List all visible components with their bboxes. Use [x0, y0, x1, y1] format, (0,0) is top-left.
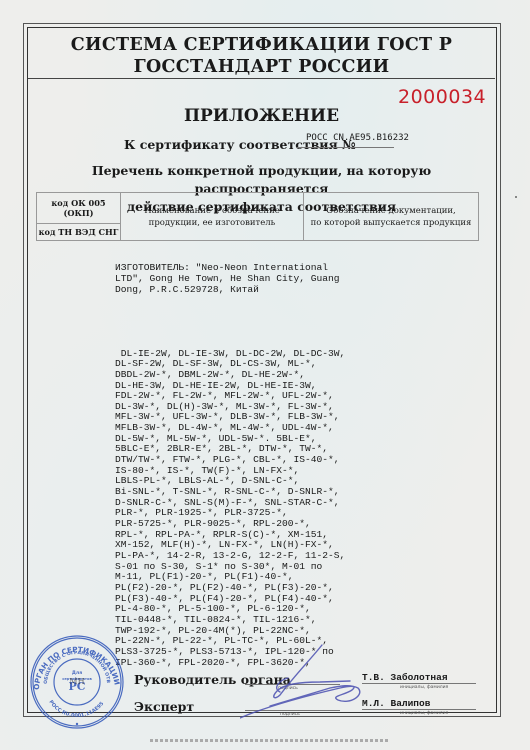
- svg-text:РОСС RU.0001.11АЕ95: РОСС RU.0001.11АЕ95: [47, 699, 105, 719]
- code-okp-cell: код ОК 005 (ОКП): [37, 193, 121, 224]
- annex-title: ПРИЛОЖЕНИЕ: [28, 106, 495, 126]
- title-line-2: ГОССТАНДАРТ РОССИИ: [28, 56, 495, 78]
- product-name-column-header: Наименование и обозначение продукции, ее…: [121, 193, 304, 241]
- model-line: DBDL-2W-*, DBML-2W-*, DL-HE-2W-*,: [115, 370, 415, 381]
- name-col-line-1: Наименование и обозначение: [122, 205, 302, 217]
- model-line: TIL-0448-*, TIL-0824-*, TIL-1216-*,: [115, 615, 415, 626]
- doc-col-line-1: Обозначение документации,: [305, 205, 477, 217]
- manufacturer-info: ИЗГОТОВИТЕЛЬ: "Neo-Neon InternationalLTD…: [115, 263, 415, 295]
- product-list: ИЗГОТОВИТЕЛЬ: "Neo-Neon InternationalLTD…: [115, 242, 415, 679]
- certification-system-title: СИСТЕМА СЕРТИФИКАЦИИ ГОСТ Р ГОССТАНДАРТ …: [28, 34, 495, 78]
- title-line-1: СИСТЕМА СЕРТИФИКАЦИИ ГОСТ Р: [28, 34, 495, 56]
- blank-line: [115, 317, 415, 328]
- header-divider: [28, 78, 495, 79]
- head-name-caption: инициалы, фамилия: [400, 685, 448, 690]
- expert-label: Эксперт: [134, 699, 194, 714]
- serial-number: 2000034: [398, 86, 486, 108]
- manufacturer-line: Dong, P.R.C.529728, Китай: [115, 285, 415, 296]
- columns-header-table: код ОК 005 (ОКП) Наименование и обозначе…: [36, 192, 479, 241]
- expert-name-caption: инициалы, фамилия: [400, 711, 448, 716]
- name-col-line-2: продукции, ее изготовитель: [122, 217, 302, 229]
- code-tnved-cell: код ТН ВЭД СНГ: [37, 223, 121, 240]
- model-list: DL-IE-2W, DL-IE-3W, DL-DC-2W, DL-DC-3W,D…: [115, 349, 415, 669]
- svg-text:Для: Для: [72, 670, 82, 676]
- certificate-number-underline: [296, 147, 394, 148]
- paper-speck: [515, 196, 517, 198]
- handwritten-signatures-icon: [240, 640, 390, 720]
- svg-text:МН: МН: [69, 677, 84, 686]
- certification-stamp-icon: ОРГАН ПО СЕРТИФИКАЦИИ ПРОДУКЦИИ ОБЩЕСТВО…: [27, 632, 127, 730]
- printing-footnote: [150, 739, 390, 742]
- doc-col-line-2: по которой выпускается продукция: [305, 217, 477, 229]
- certificate-number: РОСС CN.АЕ95.В16232: [306, 133, 409, 143]
- documentation-column-header: Обозначение документации, по которой вып…: [304, 193, 479, 241]
